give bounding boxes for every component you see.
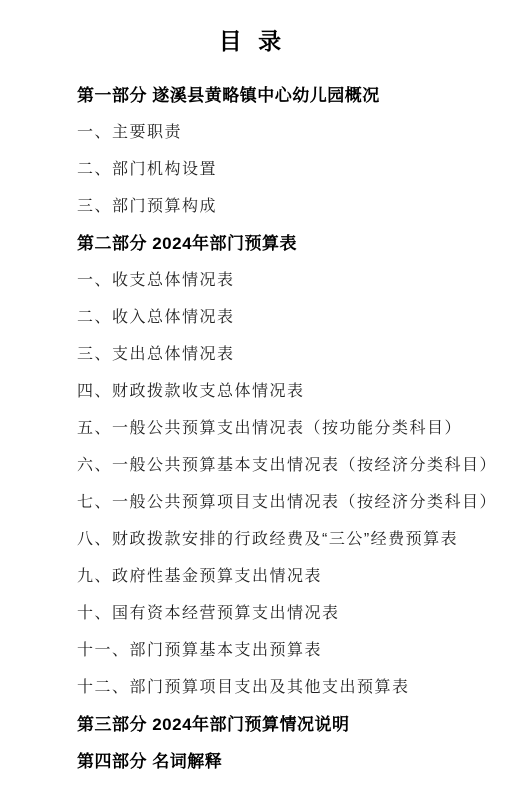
toc-item: 十一、部门预算基本支出预算表 bbox=[0, 630, 505, 667]
table-of-contents: 第一部分 遂溪县黄略镇中心幼儿园概况 一、主要职责 二、部门机构设置 三、部门预… bbox=[0, 75, 505, 778]
toc-item: 十、国有资本经营预算支出情况表 bbox=[0, 593, 505, 630]
page-title: 目 录 bbox=[0, 0, 505, 55]
toc-item: 八、财政拨款安排的行政经费及“三公”经费预算表 bbox=[0, 519, 505, 556]
toc-item: 一、收支总体情况表 bbox=[0, 260, 505, 297]
toc-item: 十二、部门预算项目支出及其他支出预算表 bbox=[0, 667, 505, 704]
toc-section-heading: 第三部分 2024年部门预算情况说明 bbox=[0, 704, 505, 741]
toc-section-heading: 第一部分 遂溪县黄略镇中心幼儿园概况 bbox=[0, 75, 505, 112]
toc-item: 三、支出总体情况表 bbox=[0, 334, 505, 371]
toc-item: 一、主要职责 bbox=[0, 112, 505, 149]
toc-item: 二、收入总体情况表 bbox=[0, 297, 505, 334]
toc-item: 三、部门预算构成 bbox=[0, 186, 505, 223]
toc-section-heading: 第二部分 2024年部门预算表 bbox=[0, 223, 505, 260]
toc-item: 六、一般公共预算基本支出情况表（按经济分类科目） bbox=[0, 445, 505, 482]
toc-section-heading: 第四部分 名词解释 bbox=[0, 741, 505, 778]
document-page: 目 录 第一部分 遂溪县黄略镇中心幼儿园概况 一、主要职责 二、部门机构设置 三… bbox=[0, 0, 505, 787]
toc-item: 五、一般公共预算支出情况表（按功能分类科目） bbox=[0, 408, 505, 445]
toc-item: 九、政府性基金预算支出情况表 bbox=[0, 556, 505, 593]
toc-item: 二、部门机构设置 bbox=[0, 149, 505, 186]
toc-item: 七、一般公共预算项目支出情况表（按经济分类科目） bbox=[0, 482, 505, 519]
toc-item: 四、财政拨款收支总体情况表 bbox=[0, 371, 505, 408]
